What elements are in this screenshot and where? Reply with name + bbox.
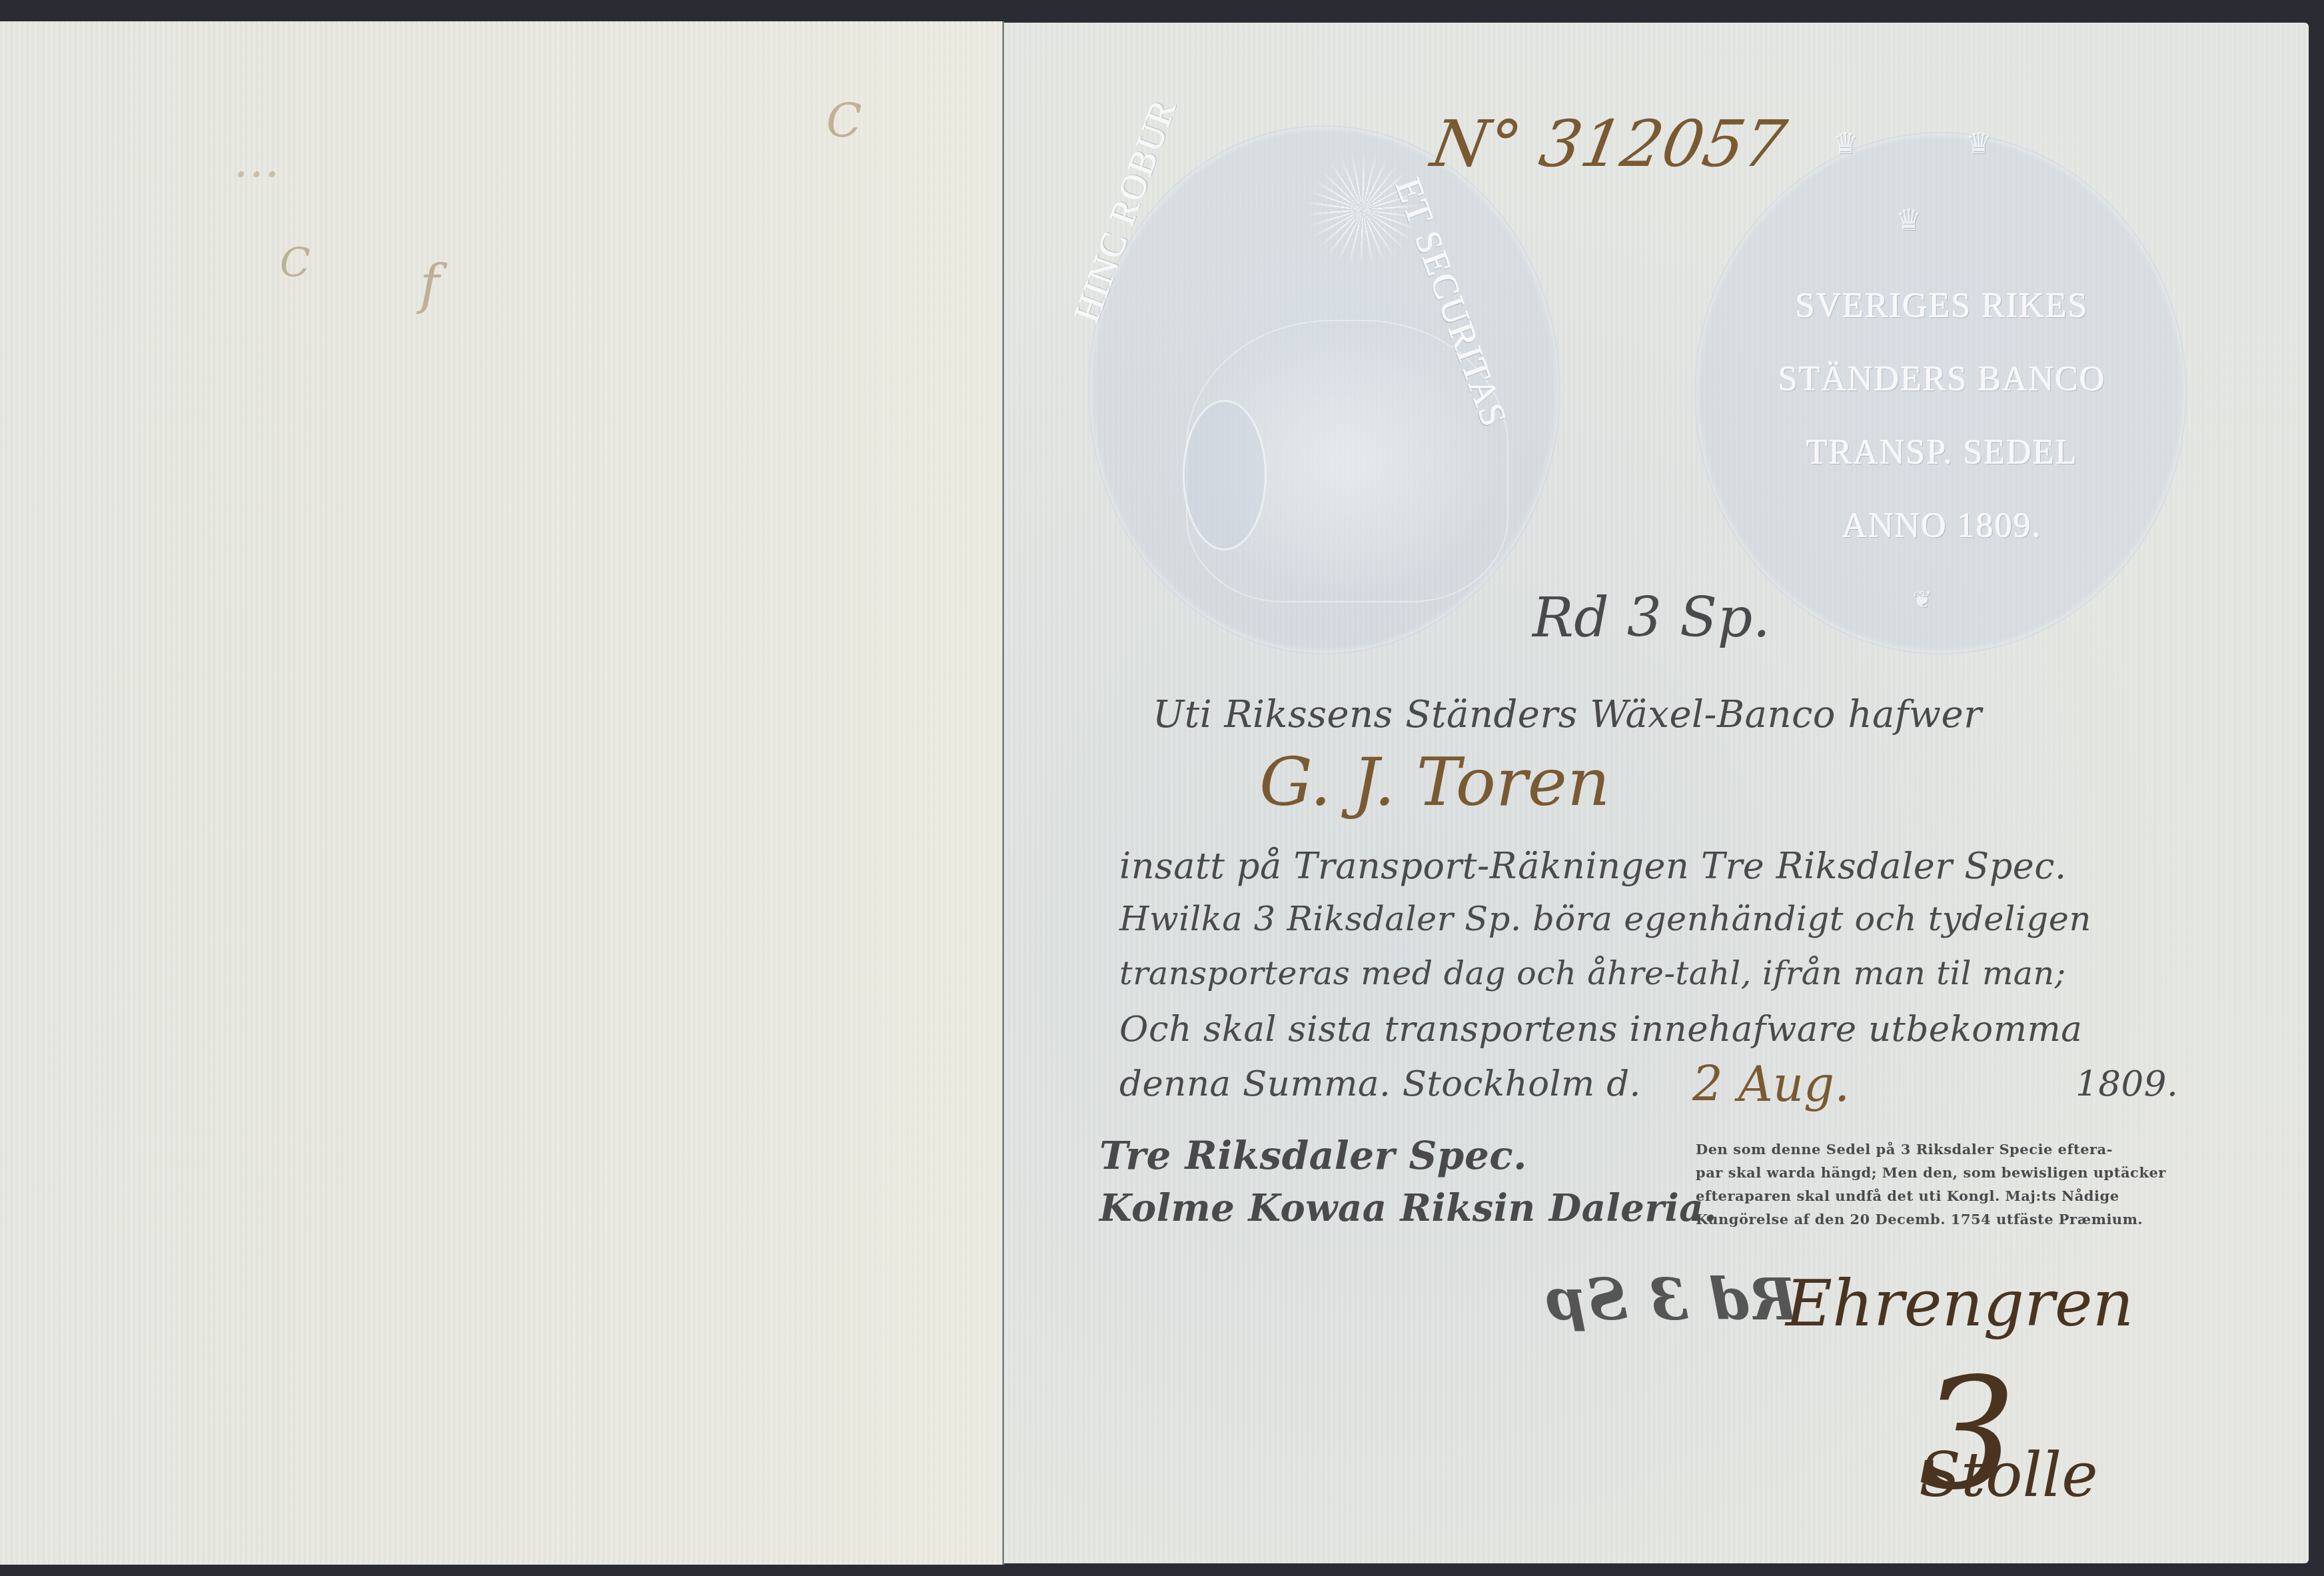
warning-line-2: par skal warda hängd; Men den, som bewis… xyxy=(1696,1164,2166,1181)
mirrored-value-stamp: Rd 3 Sp xyxy=(1546,1266,1797,1333)
seal-line-4: ANNO 1809. xyxy=(1709,506,2175,546)
body-line-6: denna Summa. Stockholm d. xyxy=(1119,1064,1641,1104)
crown-icon: ♛ xyxy=(1832,127,1858,161)
seal-line-2: STÄNDERS BANCO xyxy=(1709,360,2175,399)
seal-line-1: SVERIGES RIKES xyxy=(1709,287,2175,326)
crown-icon: ♛ xyxy=(1966,127,1992,161)
reverse-page xyxy=(0,21,1003,1565)
bleed-through-mark: C xyxy=(280,240,310,287)
body-line-1: Uti Rikssens Ständers Wäxel-Banco hafwer xyxy=(1153,693,1982,736)
bleed-through-mark: C xyxy=(826,93,862,148)
value-swedish: Tre Riksdaler Spec. xyxy=(1099,1133,1527,1178)
handwritten-date: 2 Aug. xyxy=(1692,1056,1850,1112)
crown-icon: ♛ xyxy=(1896,203,1922,237)
value-finnish: Kolme Kowaa Riksin Daleria. xyxy=(1099,1186,1717,1230)
signature-1: Ehrengren xyxy=(1786,1266,2133,1341)
body-line-4: transporteras med dag och åhre-tahl, ifr… xyxy=(1119,954,2066,992)
bleed-through-mark: … xyxy=(233,133,300,188)
serial-number: N° 312057 xyxy=(1426,107,1792,181)
signature-2: Stolle xyxy=(1919,1439,2098,1511)
shield-icon xyxy=(1183,400,1267,550)
body-line-2: insatt på Transport-Räkningen Tre Riksda… xyxy=(1119,845,2067,887)
warning-line-3: efteraparen skal undfå det uti Kongl. Ma… xyxy=(1696,1187,2119,1204)
bleed-through-mark: f xyxy=(420,253,440,315)
fold-line xyxy=(1002,21,1004,1565)
body-line-3: Hwilka 3 Riksdaler Sp. böra egenhändigt … xyxy=(1119,900,2091,939)
laurel-icon: ❦ xyxy=(1912,586,1932,614)
warning-line-1: Den som denne Sedel på 3 Riksdaler Speci… xyxy=(1696,1141,2113,1158)
denomination: Rd 3 Sp. xyxy=(1532,586,1770,650)
warning-line-4: Kungörelse af den 20 Decemb. 1754 utfäst… xyxy=(1696,1211,2143,1227)
seal-line-3: TRANSP. SEDEL xyxy=(1709,433,2175,472)
handwritten-depositor-name: G. J. Toren xyxy=(1259,743,1610,821)
year: 1809. xyxy=(2075,1064,2178,1104)
body-line-5: Och skal sista transportens innehafware … xyxy=(1119,1009,2082,1050)
